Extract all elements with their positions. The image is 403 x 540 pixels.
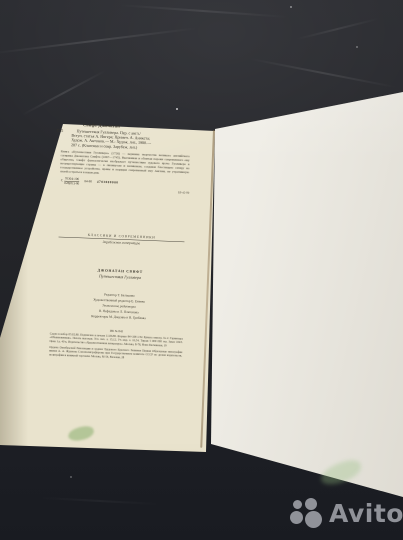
dust-speck — [356, 46, 358, 48]
catalog-suffix: 84-80 — [84, 180, 92, 184]
colophon-block: Редактор Т. Балашова Художественный реда… — [46, 290, 191, 324]
avito-logo-icon — [290, 498, 324, 529]
avito-watermark: Avito — [290, 498, 403, 529]
listing-photo: Свифт Джонатан С25 Путешествия Гулливера… — [0, 0, 403, 540]
bibliographic-entry: С25 Путешествия Гулливера. Пер. с англ./… — [53, 128, 198, 152]
catalog-numerator: 70304-106 — [65, 177, 79, 181]
imprint-block: ИБ № 842 Сдано в набор 05.02.80. Подписа… — [49, 327, 183, 362]
catalog-denominator: 028(01)-80 — [64, 181, 79, 186]
imprint-paragraph: Ордена Октябрьской Революции и ордена Тр… — [49, 346, 182, 362]
catalog-fraction: С 70304-106 028(01)-80 — [61, 177, 80, 186]
dust-speck — [290, 6, 292, 8]
catalog-code-block: С 70304-106 028(01)-80 84-80 4703000000 … — [60, 177, 189, 195]
series-block: КЛАССИКИ И СОВРЕМЕННИКИ Зарубежная литер… — [49, 232, 193, 248]
udc-code: 4703000000 — [97, 180, 119, 185]
dust-speck — [176, 108, 178, 110]
index-code: С25 — [53, 128, 72, 148]
copyright-page-text: Свифт Джонатан С25 Путешествия Гулливера… — [45, 121, 198, 365]
dust-speck — [70, 476, 72, 478]
catalog-prefix: С — [61, 179, 63, 183]
annotation-paragraph: Книга «Путешествия Гулливера» (1726) — в… — [60, 150, 190, 179]
avito-wordmark: Avito — [329, 501, 403, 526]
bibliography-lines: Путешествия Гулливера. Пер. с англ./ Вст… — [71, 128, 195, 152]
title-block: ДЖОНАТАН СВИФТ Путешествия Гулливера — [48, 266, 192, 282]
